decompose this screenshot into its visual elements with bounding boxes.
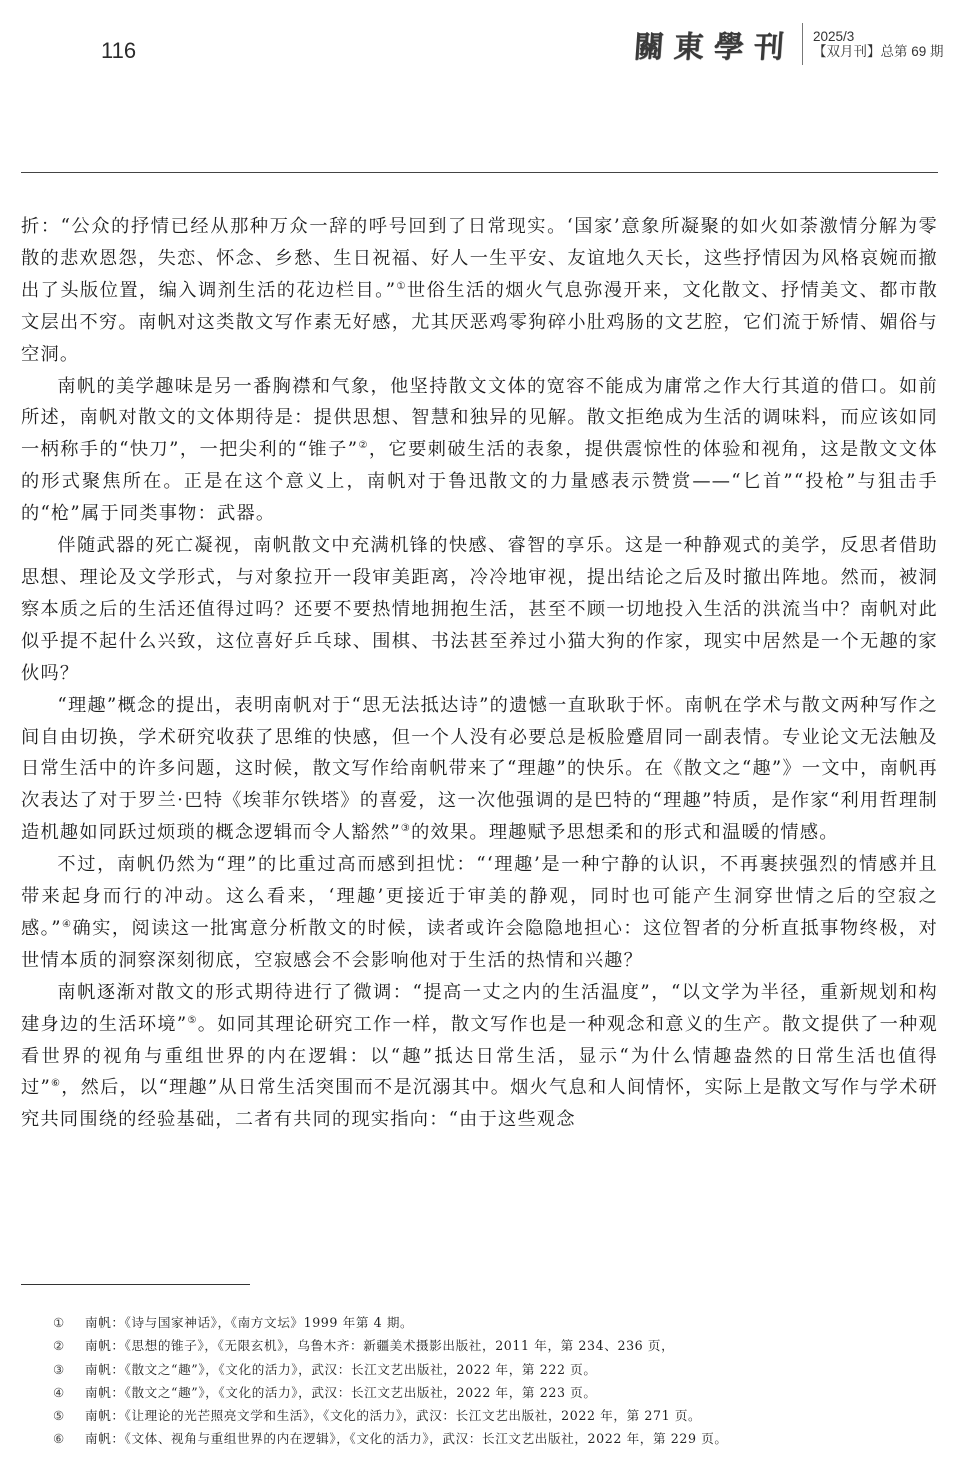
issue-detail: 【双月刊】总第 69 期: [813, 44, 944, 59]
paragraph-text: 的效果。理趣赋予思想柔和的形式和温暖的情感。: [411, 822, 839, 843]
paragraph: 不过，南帆仍然为“理”的比重过高而感到担忧：“‘理趣’是一种宁静的认识，不再裹挟…: [21, 849, 938, 977]
header-divider: [21, 172, 938, 173]
footnote-mark: ⑥: [53, 1427, 85, 1450]
footnote-item: ④南帆：《散文之“趣”》，《文化的活力》，武汉：长江文艺出版社，2022 年，第…: [53, 1381, 933, 1404]
masthead-divider: [802, 23, 803, 65]
footnote-text: 南帆：《文体、视角与重组世界的内在逻辑》，《文化的活力》，武汉：长江文艺出版社，…: [85, 1427, 728, 1450]
footnote-item: ③南帆：《散文之“趣”》，《文化的活力》，武汉：长江文艺出版社，2022 年，第…: [53, 1358, 933, 1381]
footnote-mark: ③: [53, 1358, 85, 1381]
footnote-text: 南帆：《散文之“趣”》，《文化的活力》，武汉：长江文艺出版社，2022 年，第 …: [85, 1358, 597, 1381]
footnote-reference[interactable]: ⑤: [187, 1015, 197, 1026]
article-body: 折：“公众的抒情已经从那种万众一辞的呼号回到了日常现实。‘国家’意象所凝聚的如火…: [21, 211, 938, 1136]
issue-year: 2025/3: [813, 29, 944, 44]
issue-info: 2025/3 【双月刊】总第 69 期: [813, 29, 944, 59]
footnote-text: 南帆：《让理论的光芒照亮文学和生活》，《文化的活力》，武汉：长江文艺出版社，20…: [85, 1404, 701, 1427]
page-number: 116: [101, 38, 136, 64]
footnote-reference[interactable]: ②: [358, 440, 369, 451]
footnote-reference[interactable]: ⑥: [51, 1078, 61, 1089]
paragraph-text: “理趣”概念的提出，表明南帆对于“思无法抵达诗”的遗憾一直耿耿于怀。南帆在学术与…: [21, 695, 938, 844]
footnote-reference[interactable]: ④: [62, 919, 73, 930]
paragraph: 伴随武器的死亡凝视，南帆散文中充满机锋的快感、睿智的享乐。这是一种静观式的美学，…: [21, 530, 938, 690]
footnotes: ①南帆：《诗与国家神话》，《南方文坛》1999 年第 4 期。②南帆：《思想的锥…: [53, 1311, 933, 1451]
journal-masthead: 關東學刊 2025/3 【双月刊】总第 69 期: [634, 24, 944, 64]
footnote-reference[interactable]: ③: [401, 823, 411, 834]
paragraph-text: 确实，阅读这一批寓意分析散文的时候，读者或许会隐隐地担心：这位智者的分析直抵事物…: [21, 918, 938, 971]
paragraph-text: ，然后，以“理趣”从日常生活突围而不是沉溺其中。烟火气息和人间情怀，实际上是散文…: [21, 1077, 938, 1130]
footnote-mark: ⑤: [53, 1404, 85, 1427]
paragraph: 南帆的美学趣味是另一番胸襟和气象，他坚持散文文体的宽容不能成为庸常之作大行其道的…: [21, 371, 938, 531]
footnote-mark: ④: [53, 1381, 85, 1404]
footnote-divider: [21, 1284, 250, 1285]
footnote-text: 南帆：《散文之“趣”》，《文化的活力》，武汉：长江文艺出版社，2022 年，第 …: [85, 1381, 597, 1404]
footnote-item: ①南帆：《诗与国家神话》，《南方文坛》1999 年第 4 期。: [53, 1311, 933, 1334]
footnote-reference[interactable]: ①: [396, 281, 407, 292]
footnote-item: ⑤南帆：《让理论的光芒照亮文学和生活》，《文化的活力》，武汉：长江文艺出版社，2…: [53, 1404, 933, 1427]
paragraph: 南帆逐渐对散文的形式期待进行了微调：“提高一丈之内的生活温度”，“以文学为半径，…: [21, 977, 938, 1137]
paragraph: “理趣”概念的提出，表明南帆对于“思无法抵达诗”的遗憾一直耿耿于怀。南帆在学术与…: [21, 690, 938, 850]
journal-name: 關東學刊: [632, 22, 795, 66]
footnote-item: ②南帆：《思想的锥子》，《无限玄机》，乌鲁木齐：新疆美术摄影出版社，2011 年…: [53, 1334, 933, 1357]
paragraph-text: 伴随武器的死亡凝视，南帆散文中充满机锋的快感、睿智的享乐。这是一种静观式的美学，…: [21, 535, 938, 684]
footnote-text: 南帆：《思想的锥子》，《无限玄机》，乌鲁木齐：新疆美术摄影出版社，2011 年，…: [85, 1334, 674, 1357]
footnote-mark: ①: [53, 1311, 85, 1334]
paragraph: 折：“公众的抒情已经从那种万众一辞的呼号回到了日常现实。‘国家’意象所凝聚的如火…: [21, 211, 938, 371]
footnote-mark: ②: [53, 1334, 85, 1357]
footnote-item: ⑥南帆：《文体、视角与重组世界的内在逻辑》，《文化的活力》，武汉：长江文艺出版社…: [53, 1427, 933, 1450]
footnote-text: 南帆：《诗与国家神话》，《南方文坛》1999 年第 4 期。: [85, 1311, 413, 1334]
